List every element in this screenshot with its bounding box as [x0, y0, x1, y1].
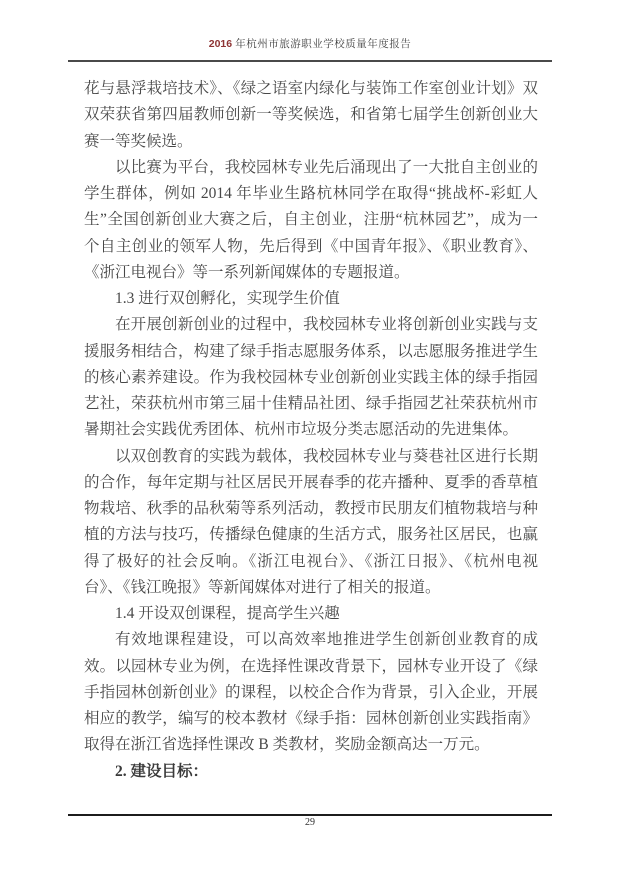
- body-paragraph-continuation: 花与悬浮栽培技术》、《绿之语室内绿化与装饰工作室创业计划》双双荣获省第四届教师创…: [84, 76, 538, 155]
- document-body: 花与悬浮栽培技术》、《绿之语室内绿化与装饰工作室创业计划》双双荣获省第四届教师创…: [84, 76, 538, 785]
- body-paragraph: 以比赛为平台，我校园林专业先后涌现出了一大批自主创业的学生群体，例如 2014 …: [84, 155, 538, 286]
- body-paragraph: 以双创教育的实践为载体，我校园林专业与葵巷社区进行长期的合作，每年定期与社区居民…: [84, 444, 538, 602]
- header-title: 年杭州市旅游职业学校质量年度报告: [232, 39, 411, 50]
- section-heading-1-3: 1.3 进行双创孵化，实现学生价值: [84, 286, 538, 312]
- section-heading-2: 2. 建设目标：: [84, 759, 538, 785]
- page-header: 2016 年杭州市旅游职业学校质量年度报告: [68, 36, 552, 51]
- header-year: 2016: [209, 38, 232, 50]
- section-heading-1-4: 1.4 开设双创课程，提高学生兴趣: [84, 601, 538, 627]
- body-paragraph: 在开展创新创业的过程中，我校园林专业将创新创业实践与支援服务相结合，构建了绿手指…: [84, 312, 538, 443]
- page-number: 29: [68, 817, 552, 828]
- document-page: 2016 年杭州市旅游职业学校质量年度报告 花与悬浮栽培技术》、《绿之语室内绿化…: [0, 0, 620, 877]
- footer-rule: [68, 814, 552, 816]
- header-rule: [68, 60, 552, 62]
- body-paragraph: 有效地课程建设，可以高效率地推进学生创新创业教育的成效。以园林专业为例，在选择性…: [84, 627, 538, 758]
